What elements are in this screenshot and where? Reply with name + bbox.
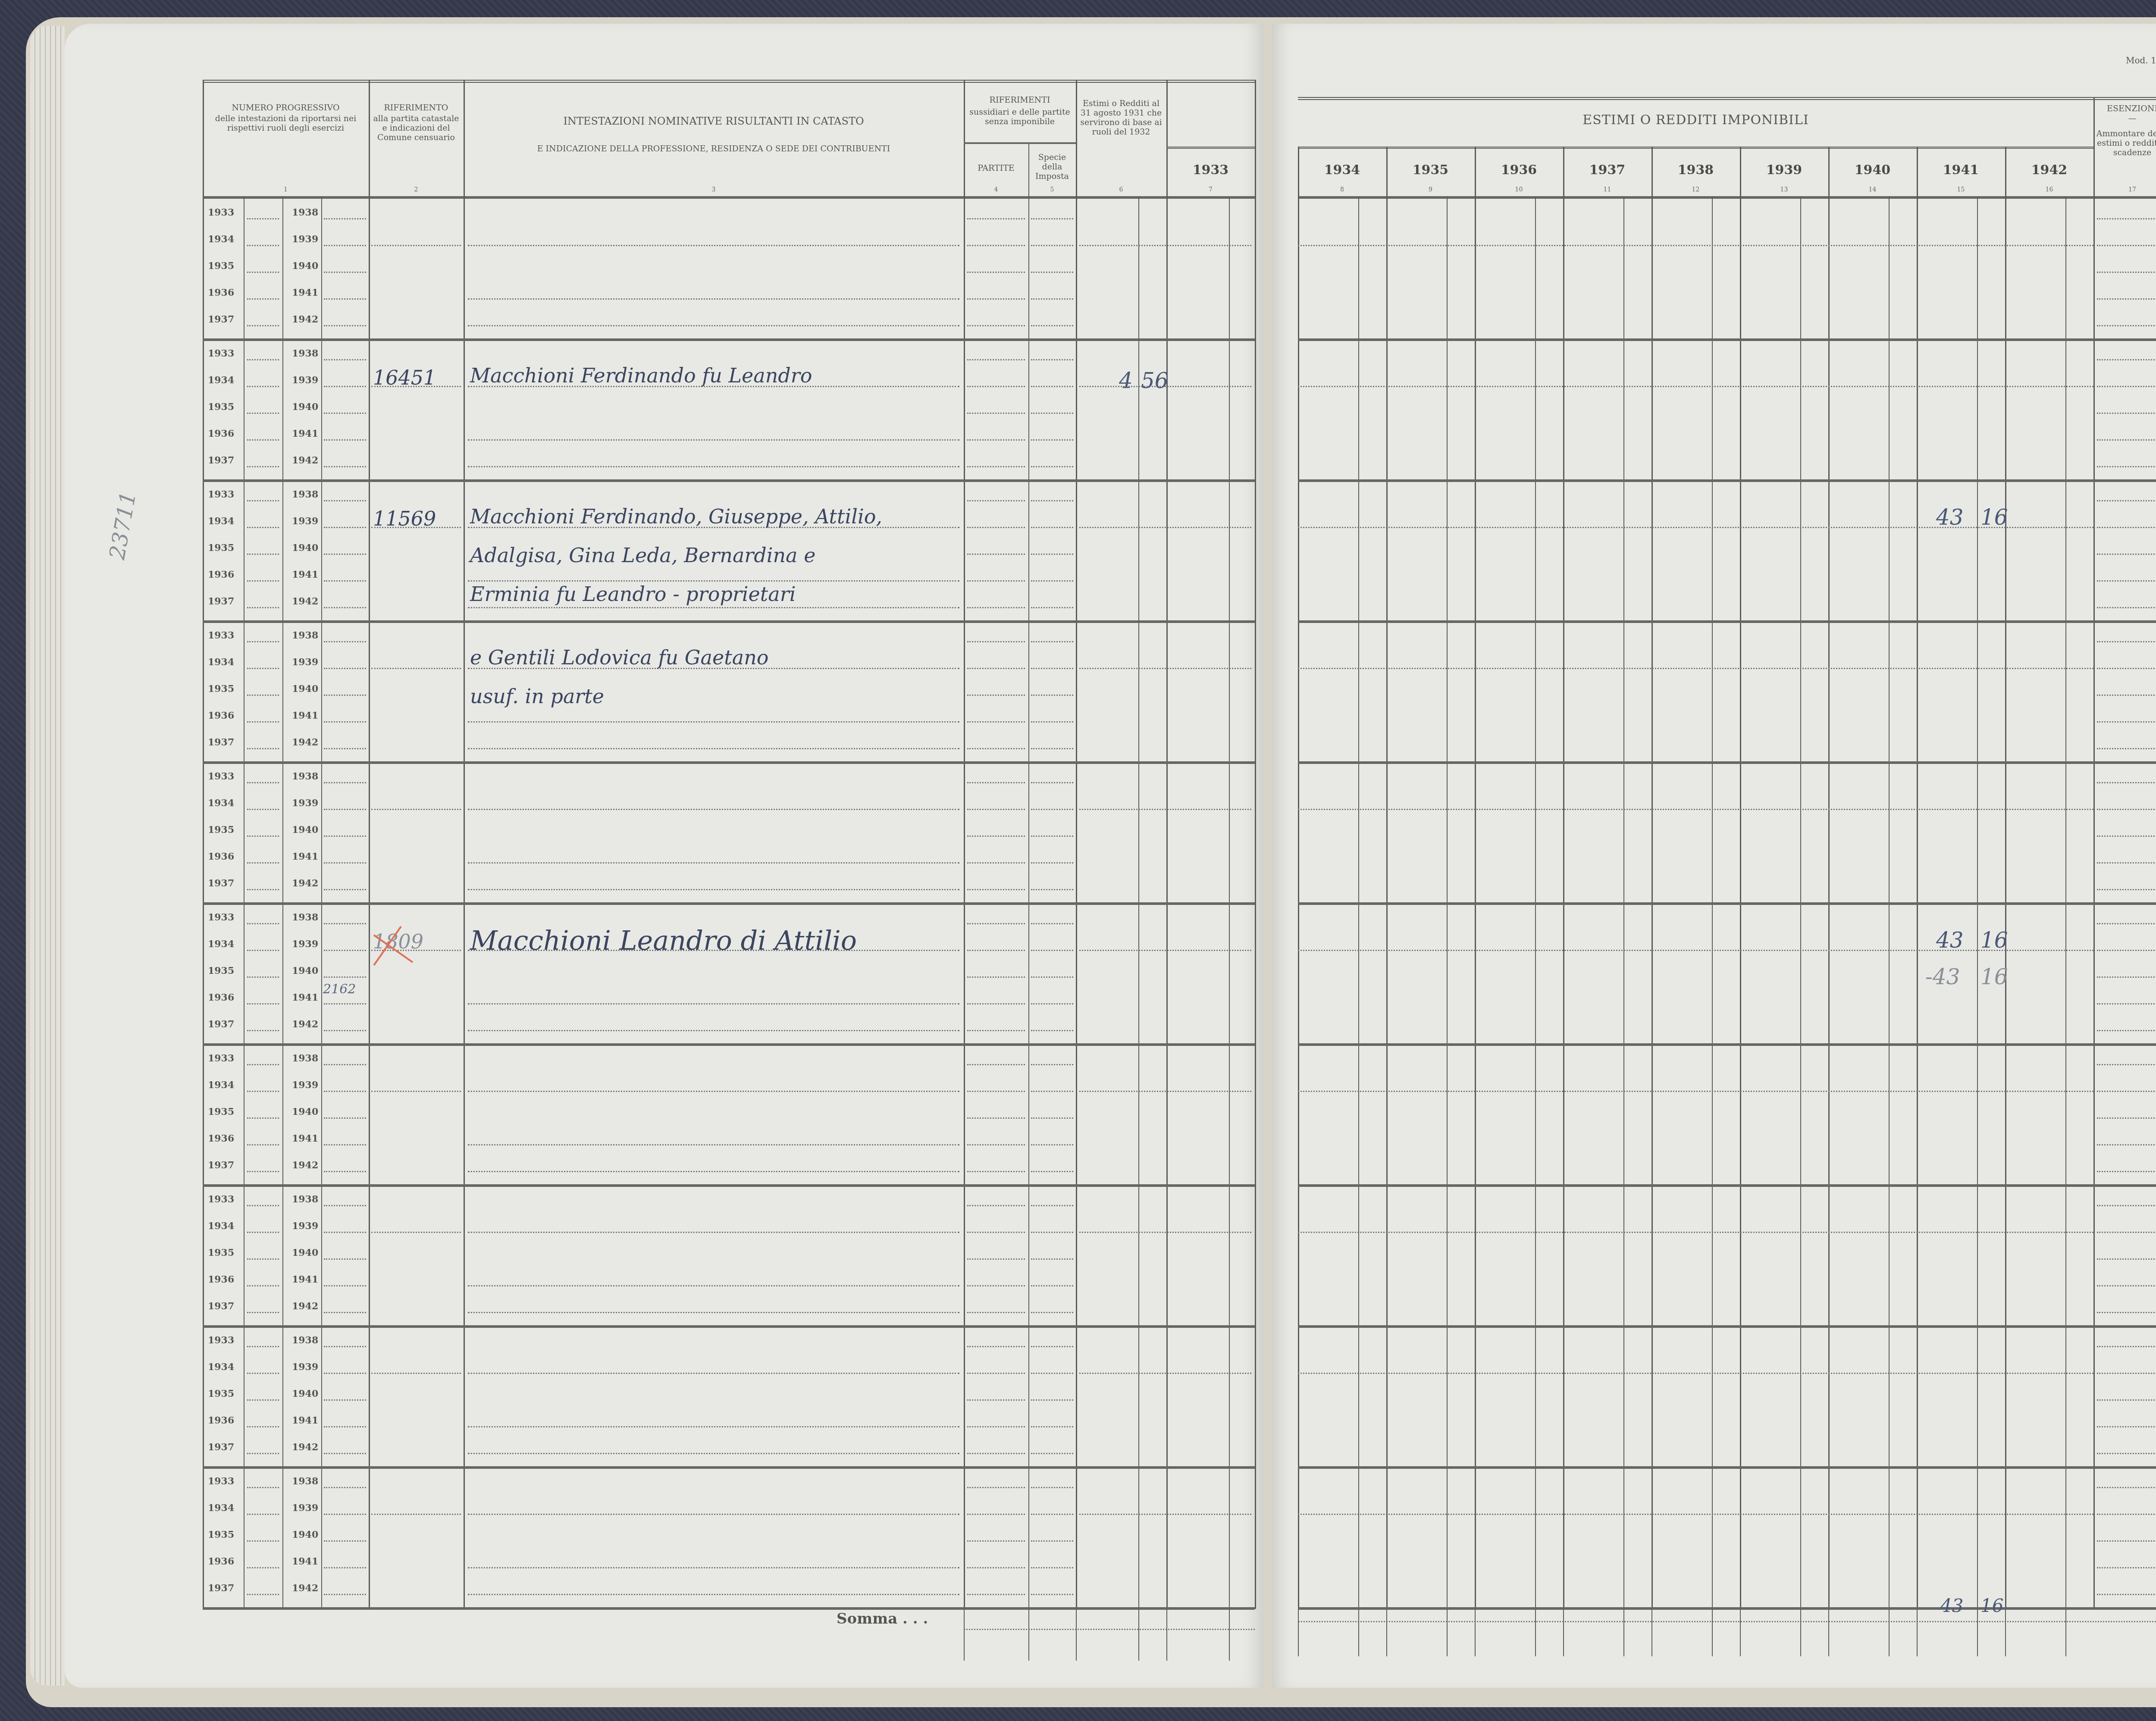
amount-line	[1298, 1373, 2093, 1374]
year-label: 1939	[292, 1220, 318, 1232]
fill-line	[1031, 1373, 1073, 1374]
fill-line	[247, 1514, 279, 1515]
subheader-rule	[964, 142, 1076, 144]
fill-line	[967, 1346, 1025, 1347]
owner-name-entry: Macchioni Ferdinando, Giuseppe, Attilio,	[470, 505, 882, 528]
year-label: 1941	[292, 710, 318, 721]
fill-line	[2097, 272, 2156, 273]
year-label: 1942	[292, 878, 318, 889]
fill-line	[324, 607, 366, 608]
fill-line	[2097, 1487, 2156, 1488]
partita-line	[371, 245, 461, 246]
header-numero-progressivo-sub: delle intestazioni da riportarsi nei ris…	[205, 114, 367, 133]
fill-line	[1031, 245, 1073, 246]
redditi-1941-decimal: 16	[1981, 964, 2008, 989]
fill-line	[324, 1091, 366, 1092]
fill-line	[967, 1373, 1025, 1374]
fill-line	[1031, 607, 1073, 608]
year-label: 1934	[208, 1361, 234, 1373]
fill-line	[247, 607, 279, 608]
year-label: 1935	[208, 260, 234, 272]
year-label: 1942	[292, 1301, 318, 1312]
year-label: 1934	[208, 234, 234, 245]
fill-line	[967, 782, 1025, 783]
fill-line	[324, 554, 366, 555]
fill-line	[247, 386, 279, 387]
fill-line	[2097, 782, 2156, 783]
header-riferimenti-sub: sussidiari e delle partite senza imponib…	[964, 108, 1076, 127]
fill-line	[1031, 413, 1073, 414]
fill-line	[967, 721, 1025, 723]
form-id: Mod. 111 - Imposte Dirette (Intercalare)…	[2126, 55, 2156, 66]
subheader-rule	[1166, 147, 1255, 149]
fill-line	[247, 1091, 279, 1092]
name-line	[468, 1426, 959, 1427]
fill-line	[247, 923, 279, 924]
fill-line	[247, 641, 279, 642]
partita-line	[371, 1373, 461, 1374]
fill-line	[967, 554, 1025, 555]
block-divider	[1298, 761, 2156, 764]
partita-line	[371, 1232, 461, 1233]
fill-line	[967, 1030, 1025, 1031]
header-esenzioni-sub: Ammontare degli estimi o redditi e scade…	[2095, 129, 2156, 158]
column-divider	[1298, 1609, 1299, 1656]
year-label: 1941	[292, 851, 318, 862]
year-label: 1933	[208, 1335, 234, 1346]
fill-line	[324, 466, 366, 467]
fill-line	[967, 923, 1025, 924]
column-number: 4	[964, 186, 1028, 193]
fill-line	[247, 245, 279, 246]
amount-line	[1298, 527, 2093, 528]
year-label: 1936	[208, 1133, 234, 1144]
block-divider	[1298, 620, 2156, 623]
header-bottom-rule	[203, 196, 1255, 199]
fill-line	[324, 1399, 366, 1401]
fill-line	[324, 1117, 366, 1119]
fill-line	[967, 466, 1025, 467]
fill-line	[324, 1487, 366, 1488]
fill-line	[247, 809, 279, 810]
year-label: 1939	[292, 1080, 318, 1091]
redditi-1941-decimal: 16	[1981, 505, 2008, 530]
fill-line	[324, 809, 366, 810]
year-label: 1938	[292, 1053, 318, 1064]
fill-line	[247, 298, 279, 300]
column-divider	[1740, 1609, 1741, 1656]
fill-line	[247, 835, 279, 837]
fill-line	[247, 782, 279, 783]
fill-line	[967, 298, 1025, 300]
column-divider	[1166, 1609, 1167, 1661]
header-esenzioni-dash: —	[2093, 114, 2156, 124]
block-divider	[203, 620, 1255, 623]
year-label: 1942	[292, 1160, 318, 1171]
fill-line	[967, 748, 1025, 749]
year-label: 1939	[292, 375, 318, 386]
year-label: 1936	[208, 1415, 234, 1426]
block-divider	[1298, 338, 2156, 341]
sum-label: Somma . . .	[837, 1610, 928, 1627]
year-label: 1936	[208, 287, 234, 298]
column-number: 15	[1917, 186, 2005, 193]
owner-name-entry: e Gentili Lodovica fu Gaetano	[470, 646, 768, 669]
fill-line	[967, 1091, 1025, 1092]
fill-line	[1031, 721, 1073, 723]
year-label: 1933	[208, 771, 234, 782]
fill-line	[324, 272, 366, 273]
year-label: 1933	[208, 1476, 234, 1487]
partita-line	[371, 809, 461, 810]
amount-line	[1298, 1514, 2093, 1515]
block-divider	[1298, 902, 2156, 905]
block-divider	[203, 902, 1255, 905]
name-line	[468, 1232, 959, 1233]
block-divider	[203, 479, 1255, 482]
fill-line	[2097, 439, 2156, 441]
fill-line	[2097, 1312, 2156, 1313]
fill-line	[2097, 1030, 2156, 1031]
column-divider	[203, 80, 204, 1609]
year-label: 1942	[292, 1019, 318, 1030]
fill-line	[247, 580, 279, 582]
year-label: 1933	[208, 1053, 234, 1064]
column-number: 13	[1740, 186, 1828, 193]
fill-line	[247, 527, 279, 528]
fill-line	[1031, 695, 1073, 696]
fill-line	[324, 413, 366, 414]
fill-line	[967, 439, 1025, 441]
header-year: 1939	[1740, 163, 1828, 178]
year-label: 1942	[292, 737, 318, 748]
fill-line	[247, 976, 279, 978]
name-line	[468, 1312, 959, 1313]
name-line	[468, 439, 959, 441]
year-label: 1936	[208, 710, 234, 721]
year-label: 1940	[292, 1388, 318, 1399]
year-label: 1934	[208, 798, 234, 809]
column-divider	[1298, 147, 1299, 1609]
fill-line	[247, 1453, 279, 1454]
name-line	[468, 245, 959, 246]
year-label: 1935	[208, 542, 234, 554]
fill-line	[1031, 976, 1073, 978]
year-label: 1938	[292, 912, 318, 923]
year-label: 1941	[292, 287, 318, 298]
fill-line	[967, 359, 1025, 360]
column-divider	[1386, 1609, 1387, 1656]
column-number: 12	[1651, 186, 1740, 193]
amount-line	[1298, 809, 2093, 810]
header-intestazioni: INTESTAZIONI NOMINATIVE RISULTANTI IN CA…	[464, 116, 964, 128]
fill-line	[324, 695, 366, 696]
fill-line	[967, 413, 1025, 414]
column-number: 11	[1563, 186, 1651, 193]
decimal-divider	[1889, 1609, 1890, 1656]
fill-line	[247, 668, 279, 669]
fill-line	[324, 245, 366, 246]
decimal-divider	[1977, 1609, 1978, 1656]
fill-line	[1031, 1091, 1073, 1092]
year-label: 1939	[292, 939, 318, 950]
fill-line	[324, 641, 366, 642]
amount-line	[1298, 950, 2093, 951]
fill-line	[2097, 748, 2156, 749]
fill-line	[967, 1205, 1025, 1206]
fill-line	[247, 554, 279, 555]
fill-line	[1031, 1399, 1073, 1401]
fill-line	[2097, 245, 2156, 246]
fill-line	[247, 272, 279, 273]
name-line	[468, 889, 959, 890]
redditi-1941-integer: -43	[1925, 964, 1960, 989]
fill-line	[967, 607, 1025, 608]
year-label: 1936	[208, 1274, 234, 1285]
year-label: 1941	[292, 1133, 318, 1144]
year-label: 1942	[292, 1442, 318, 1453]
header-bottom-rule	[1298, 196, 2156, 199]
fill-line	[324, 1258, 366, 1260]
block-divider	[1298, 1325, 2156, 1328]
year-label: 1935	[208, 965, 234, 976]
owner-name-entry: Macchioni Leandro di Attilio	[470, 925, 857, 956]
fill-line	[247, 721, 279, 723]
year-label: 1937	[208, 737, 234, 748]
block-divider	[203, 338, 1255, 341]
fill-line	[1031, 641, 1073, 642]
year-label: 1940	[292, 1247, 318, 1258]
amount-line	[1298, 386, 2093, 387]
year-label: 1937	[208, 878, 234, 889]
fill-line	[1031, 1258, 1073, 1260]
fill-line	[324, 1346, 366, 1347]
year-label: 1933	[208, 348, 234, 359]
name-line	[468, 1285, 959, 1286]
amount-line	[1298, 1091, 2093, 1092]
fill-line	[1031, 1453, 1073, 1454]
fill-line	[1031, 835, 1073, 837]
partita-number: 11569	[373, 507, 436, 530]
column-divider	[1828, 147, 1830, 1609]
redditi-1941-integer: 43	[1936, 505, 1964, 530]
column-divider	[964, 1609, 965, 1661]
fill-line	[2097, 386, 2156, 387]
fill-line	[1031, 466, 1073, 467]
fill-line	[324, 325, 366, 326]
column-number: 16	[2005, 186, 2093, 193]
fill-line	[967, 1594, 1025, 1595]
header-riferimento: RIFERIMENTO	[369, 103, 464, 113]
column-divider	[1563, 147, 1564, 1609]
fill-line	[247, 950, 279, 951]
column-number: 1	[203, 186, 369, 193]
year-label: 1941	[292, 1274, 318, 1285]
fill-line	[324, 668, 366, 669]
name-line	[468, 1594, 959, 1595]
header-numero-progressivo: NUMERO PROGRESSIVO	[203, 103, 369, 113]
amount-line	[1079, 950, 1251, 951]
fill-line	[2097, 923, 2156, 924]
fill-line	[324, 862, 366, 864]
year-label: 1933	[208, 489, 234, 500]
year-label: 1936	[208, 428, 234, 439]
year-label: 1938	[292, 1335, 318, 1346]
decimal-divider	[1800, 1609, 1801, 1656]
year-label: 1940	[292, 683, 318, 695]
fill-line	[967, 668, 1025, 669]
amount-line	[1079, 1091, 1251, 1092]
fill-line	[2097, 298, 2156, 300]
owner-name-entry: usuf. in parte	[470, 685, 604, 708]
name-line	[468, 862, 959, 864]
fill-line	[967, 862, 1025, 864]
fill-line	[324, 1567, 366, 1568]
fill-line	[324, 1285, 366, 1286]
fill-line	[967, 1426, 1025, 1427]
amount-line	[1079, 1514, 1251, 1515]
fill-line	[1031, 1064, 1073, 1065]
header-esenzioni: ESENZIONI	[2093, 104, 2156, 114]
block-divider	[203, 1466, 1255, 1469]
column-divider	[2005, 1609, 2006, 1656]
column-divider	[1828, 1609, 1829, 1656]
name-line	[468, 298, 959, 300]
fill-line	[2097, 1144, 2156, 1145]
year-label: 1939	[292, 516, 318, 527]
fill-line	[967, 641, 1025, 642]
year-label: 1933	[208, 912, 234, 923]
column-divider	[369, 80, 370, 1609]
year-label: 1938	[292, 771, 318, 782]
table-top-rule	[1298, 97, 2156, 100]
fill-line	[2097, 889, 2156, 890]
partita-number: 1809	[373, 930, 423, 953]
fill-line	[324, 1540, 366, 1542]
partita-line	[371, 1514, 461, 1515]
column-divider	[2005, 147, 2006, 1609]
name-line	[468, 580, 959, 582]
fill-line	[2097, 1258, 2156, 1260]
fill-line	[247, 1030, 279, 1031]
header-year: 1942	[2005, 163, 2093, 178]
fill-line	[967, 1144, 1025, 1145]
column-divider	[1138, 1609, 1139, 1661]
fill-line	[247, 218, 279, 219]
fill-line	[2097, 218, 2156, 219]
year-label: 1942	[292, 596, 318, 607]
fill-line	[324, 721, 366, 723]
fill-line	[967, 245, 1025, 246]
amount-line	[1079, 809, 1251, 810]
fill-line	[967, 1258, 1025, 1260]
decimal-divider	[1535, 1609, 1536, 1656]
header-year-1933: 1933	[1166, 163, 1255, 178]
name-line	[468, 1091, 959, 1092]
column-divider	[1255, 80, 1256, 1609]
fill-line	[2097, 359, 2156, 360]
year-label: 1937	[208, 1019, 234, 1030]
year-label: 1937	[208, 596, 234, 607]
block-divider	[1298, 1184, 2156, 1187]
fill-line	[247, 1346, 279, 1347]
amount-line	[1079, 1373, 1251, 1374]
fill-line	[1031, 1312, 1073, 1313]
year-label: 1934	[208, 375, 234, 386]
fill-line	[2097, 721, 2156, 723]
year-label: 1940	[292, 824, 318, 835]
year-label: 1937	[208, 1442, 234, 1453]
header-year: 1938	[1651, 163, 1740, 178]
fill-line	[324, 976, 366, 978]
fill-line	[324, 1373, 366, 1374]
year-label: 1934	[208, 939, 234, 950]
column-divider	[1475, 147, 1476, 1609]
fill-line	[1031, 782, 1073, 783]
column-number: 6	[1076, 186, 1166, 193]
fill-line	[247, 1594, 279, 1595]
fill-line	[324, 1064, 366, 1065]
partita-line	[371, 1091, 461, 1092]
year-label: 1941	[292, 992, 318, 1003]
partita-line	[371, 668, 461, 669]
year-label: 1935	[208, 1529, 234, 1540]
fill-line	[967, 1514, 1025, 1515]
fill-line	[2097, 500, 2156, 501]
block-divider	[1298, 479, 2156, 482]
fill-line	[2097, 527, 2156, 528]
block-divider	[203, 1607, 1255, 1610]
fill-line	[2097, 1426, 2156, 1427]
name-line	[468, 1453, 959, 1454]
name-line	[468, 325, 959, 326]
estimo-integer: 4	[1119, 368, 1133, 393]
year-label: 1934	[208, 657, 234, 668]
header-year: 1940	[1828, 163, 1917, 178]
year-label: 1938	[292, 630, 318, 641]
fill-line	[324, 923, 366, 924]
block-divider	[203, 1325, 1255, 1328]
amount-line	[1298, 1232, 2093, 1233]
year-label: 1935	[208, 1106, 234, 1117]
fill-line	[324, 782, 366, 783]
header-riferimento-sub: alla partita catastale e indicazioni del…	[371, 114, 461, 143]
fill-line	[1031, 1594, 1073, 1595]
fill-line	[324, 1171, 366, 1172]
fill-line	[967, 1399, 1025, 1401]
fill-line	[2097, 466, 2156, 467]
redditi-1941-decimal: 16	[1981, 928, 2008, 953]
column-number: 17	[2093, 186, 2156, 193]
fill-line	[2097, 580, 2156, 582]
fill-line	[2097, 1399, 2156, 1401]
name-line	[468, 607, 959, 608]
owner-name-entry: Macchioni Ferdinando fu Leandro	[470, 364, 812, 387]
owner-name-entry: Erminia fu Leandro - proprietari	[470, 582, 796, 606]
fill-line	[967, 325, 1025, 326]
column-divider	[2093, 97, 2095, 1609]
fill-line	[2097, 554, 2156, 555]
header-estimi-1931: Estimi o Redditi al 31 agosto 1931 che s…	[1078, 99, 1165, 137]
fill-line	[1031, 748, 1073, 749]
fill-line	[2097, 1567, 2156, 1568]
column-number: 8	[1298, 186, 1386, 193]
fill-line	[2097, 641, 2156, 642]
fill-line	[247, 439, 279, 441]
decimal-divider	[1358, 1609, 1359, 1656]
fill-line	[967, 1567, 1025, 1568]
year-label: 1937	[208, 455, 234, 466]
